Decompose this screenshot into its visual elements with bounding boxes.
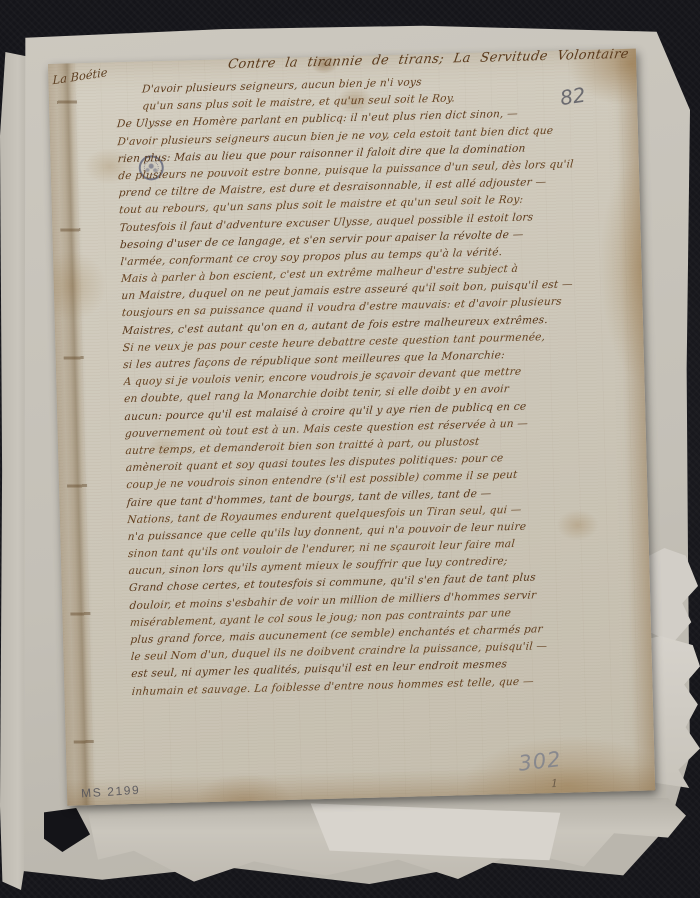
manuscript-page: La Boétie Contre la tirannie de tirans; …: [48, 49, 655, 806]
corner-mark: 1: [551, 777, 558, 790]
shelfmark-label: MS 2199: [81, 783, 141, 801]
manuscript-photograph: La Boétie Contre la tirannie de tirans; …: [0, 0, 700, 898]
folio-number-bottom: 302: [517, 747, 563, 776]
margin-author-note: La Boétie: [53, 65, 108, 87]
manuscript-text: D'avoir plusieurs seigneurs, aucun bien …: [116, 71, 643, 703]
